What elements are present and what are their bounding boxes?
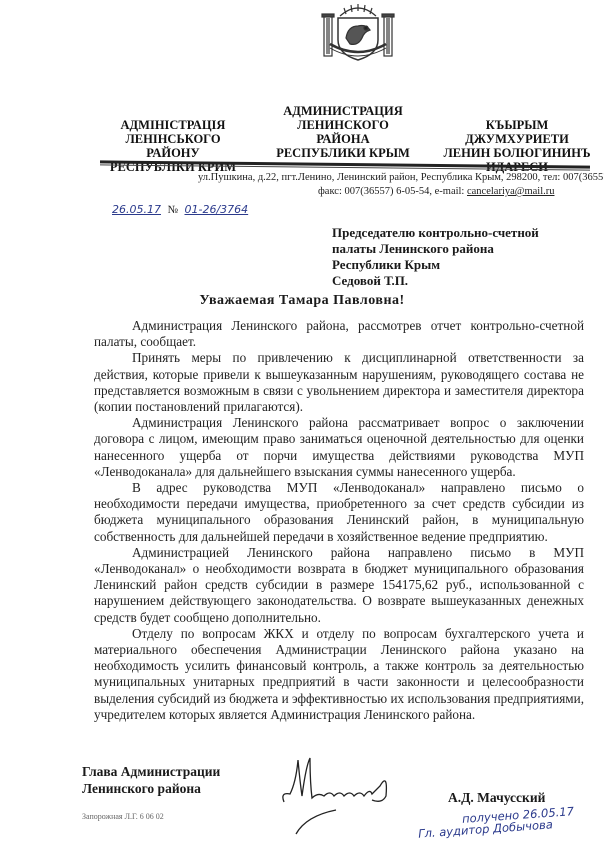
registration-date: 26.05.17	[112, 203, 161, 216]
letterhead-ua-line: ЛЕНІНСЬКОГО	[98, 132, 248, 146]
paragraph: Администрацией Ленинского района направл…	[94, 545, 584, 626]
recipient-line: палаты Ленинского района	[332, 241, 539, 257]
recipient-line: Седовой Т.П.	[332, 273, 539, 289]
handwritten-signature-icon	[276, 752, 416, 842]
paragraph: Администрация Ленинского района рассматр…	[94, 415, 584, 480]
letterhead-crt-line: ЛЕНИН БОЛЮГИНИНЪ	[442, 146, 592, 160]
recipient-block: Председателю контрольно-счетной палаты Л…	[332, 225, 539, 289]
crimea-coat-of-arms-icon	[318, 2, 398, 64]
signatory-title-line: Ленинского района	[82, 780, 220, 797]
contact-line: факс: 007(36557) 6-05-54, e-mail: cancel…	[318, 185, 554, 198]
paragraph: Отделу по вопросам ЖКХ и отделу по вопро…	[94, 626, 584, 723]
registration-stamp: 26.05.17 № 01-26/3764	[112, 203, 248, 216]
recipient-line: Республики Крым	[332, 257, 539, 273]
letterhead-ru-line: РЕСПУБЛИКИ КРЫМ	[268, 146, 418, 160]
letterhead-ru-line: АДМИНИСТРАЦИЯ	[268, 104, 418, 118]
paragraph: В адрес руководства МУП «Ленводоканал» н…	[94, 480, 584, 545]
signatory-name: А.Д. Мачусский	[448, 790, 545, 806]
address-line: ул.Пушкина, д.22, пгт.Ленино, Ленинский …	[198, 171, 604, 184]
fax-label: факс: 007(36557) 6-05-54, e-mail:	[318, 186, 467, 197]
paragraph: Принять меры по привлечению к дисциплина…	[94, 350, 584, 415]
executor-note: Запорожная Л.Г. 6 06 02	[82, 812, 164, 821]
letterhead-russian: АДМИНИСТРАЦИЯ ЛЕНИНСКОГО РАЙОНА РЕСПУБЛИ…	[268, 104, 418, 160]
letter-body: Администрация Ленинского района, рассмот…	[94, 318, 584, 723]
registration-number: 01-26/3764	[184, 203, 248, 216]
number-sign: №	[167, 204, 178, 216]
letterhead-crt-line: КЪЫРЫМ	[442, 118, 592, 132]
recipient-line: Председателю контрольно-счетной	[332, 225, 539, 241]
letterhead-ua-line: РАЙОНУ	[98, 146, 248, 160]
letterhead-ru-line: РАЙОНА	[268, 132, 418, 146]
email-link[interactable]: cancelariya@mail.ru	[467, 186, 555, 197]
paragraph: Администрация Ленинского района, рассмот…	[94, 318, 584, 350]
letterhead-ru-line: ЛЕНИНСКОГО	[268, 118, 418, 132]
letterhead-ua-line: АДМІНІСТРАЦІЯ	[98, 118, 248, 132]
letterhead-crt-line: ДЖУМХУРИЕТИ	[442, 132, 592, 146]
signatory-title-line: Глава Администрации	[82, 763, 220, 780]
salutation: Уважаемая Тамара Павловна!	[0, 293, 604, 309]
signatory-title: Глава Администрации Ленинского района	[82, 763, 220, 797]
